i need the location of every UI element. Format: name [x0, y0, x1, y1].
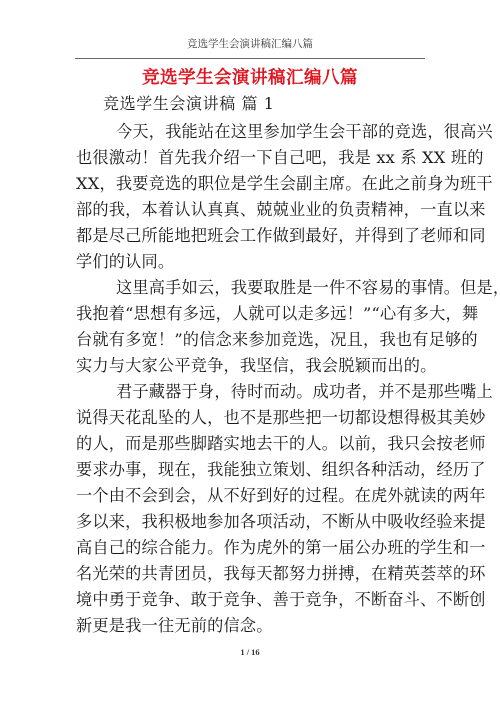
running-header: 竞选学生会演讲稿汇编八篇 — [0, 36, 500, 51]
paragraph-line: 多以来，我积极地参加各项活动，不断从中吸收经验来提 — [76, 509, 426, 535]
paragraph-line: 君子藏器于身，待时而动。成功者，并不是那些嘴上 — [76, 379, 426, 405]
paragraph-line: 一个由不会到会，从不好到好的过程。在虎外就读的两年 — [76, 483, 426, 509]
paragraph-line: 境中勇于竞争、敢于竞争、善于竞争，不断奋斗、不断创 — [76, 587, 426, 613]
paragraph-line: 学们的认同。 — [76, 249, 426, 275]
paragraph-line: 新更是我一往无前的信念。 — [76, 613, 426, 639]
header-divider — [75, 58, 425, 59]
paragraph-line: 这里高手如云，我要取胜是一件不容易的事情。但是， — [76, 275, 426, 301]
paragraph-line: 要求办事，现在，我能独立策划、组织各种活动，经历了 — [76, 457, 426, 483]
document-page: 竞选学生会演讲稿汇编八篇 竞选学生会演讲稿汇编八篇 竞选学生会演讲稿 篇 1 今… — [0, 0, 500, 708]
paragraph-line: 高自己的综合能力。作为虎外的第一届公办班的学生和一 — [76, 535, 426, 561]
page-number: 1 / 16 — [0, 647, 500, 657]
paragraph-line: 今天，我能站在这里参加学生会干部的竞选，很高兴 — [76, 119, 426, 145]
paragraph-line: 的人，而是那些脚踏实地去干的人。以前，我只会按老师 — [76, 431, 426, 457]
paragraph-line: 我抱着“思想有多远，人就可以走多远！”“心有多大，舞 — [76, 301, 426, 327]
paragraph-line: XX，我要竞选的职位是学生会副主席。在此之前身为班干 — [76, 171, 426, 197]
section-heading: 竞选学生会演讲稿 篇 1 — [103, 91, 275, 114]
document-title: 竞选学生会演讲稿汇编八篇 — [0, 64, 500, 89]
paragraph-line: 实力与大家公平竞争，我坚信，我会脱颖而出的。 — [76, 353, 426, 379]
paragraph-line: 台就有多宽！”的信念来参加竞选，况且，我也有足够的 — [76, 327, 426, 353]
body-text: 今天，我能站在这里参加学生会干部的竞选，很高兴 也很激动！首先我介绍一下自己吧，… — [76, 119, 426, 639]
paragraph-line: 也很激动！首先我介绍一下自己吧，我是 xx 系 XX 班的 — [76, 145, 426, 171]
paragraph-line: 说得天花乱坠的人，也不是那些把一切都设想得极其美妙 — [76, 405, 426, 431]
paragraph-line: 部的我，本着认认真真、兢兢业业的负责精神，一直以来 — [76, 197, 426, 223]
paragraph-line: 名光荣的共青团员，我每天都努力拼搏，在精英荟萃的环 — [76, 561, 426, 587]
paragraph-line: 都是尽己所能地把班会工作做到最好，并得到了老师和同 — [76, 223, 426, 249]
